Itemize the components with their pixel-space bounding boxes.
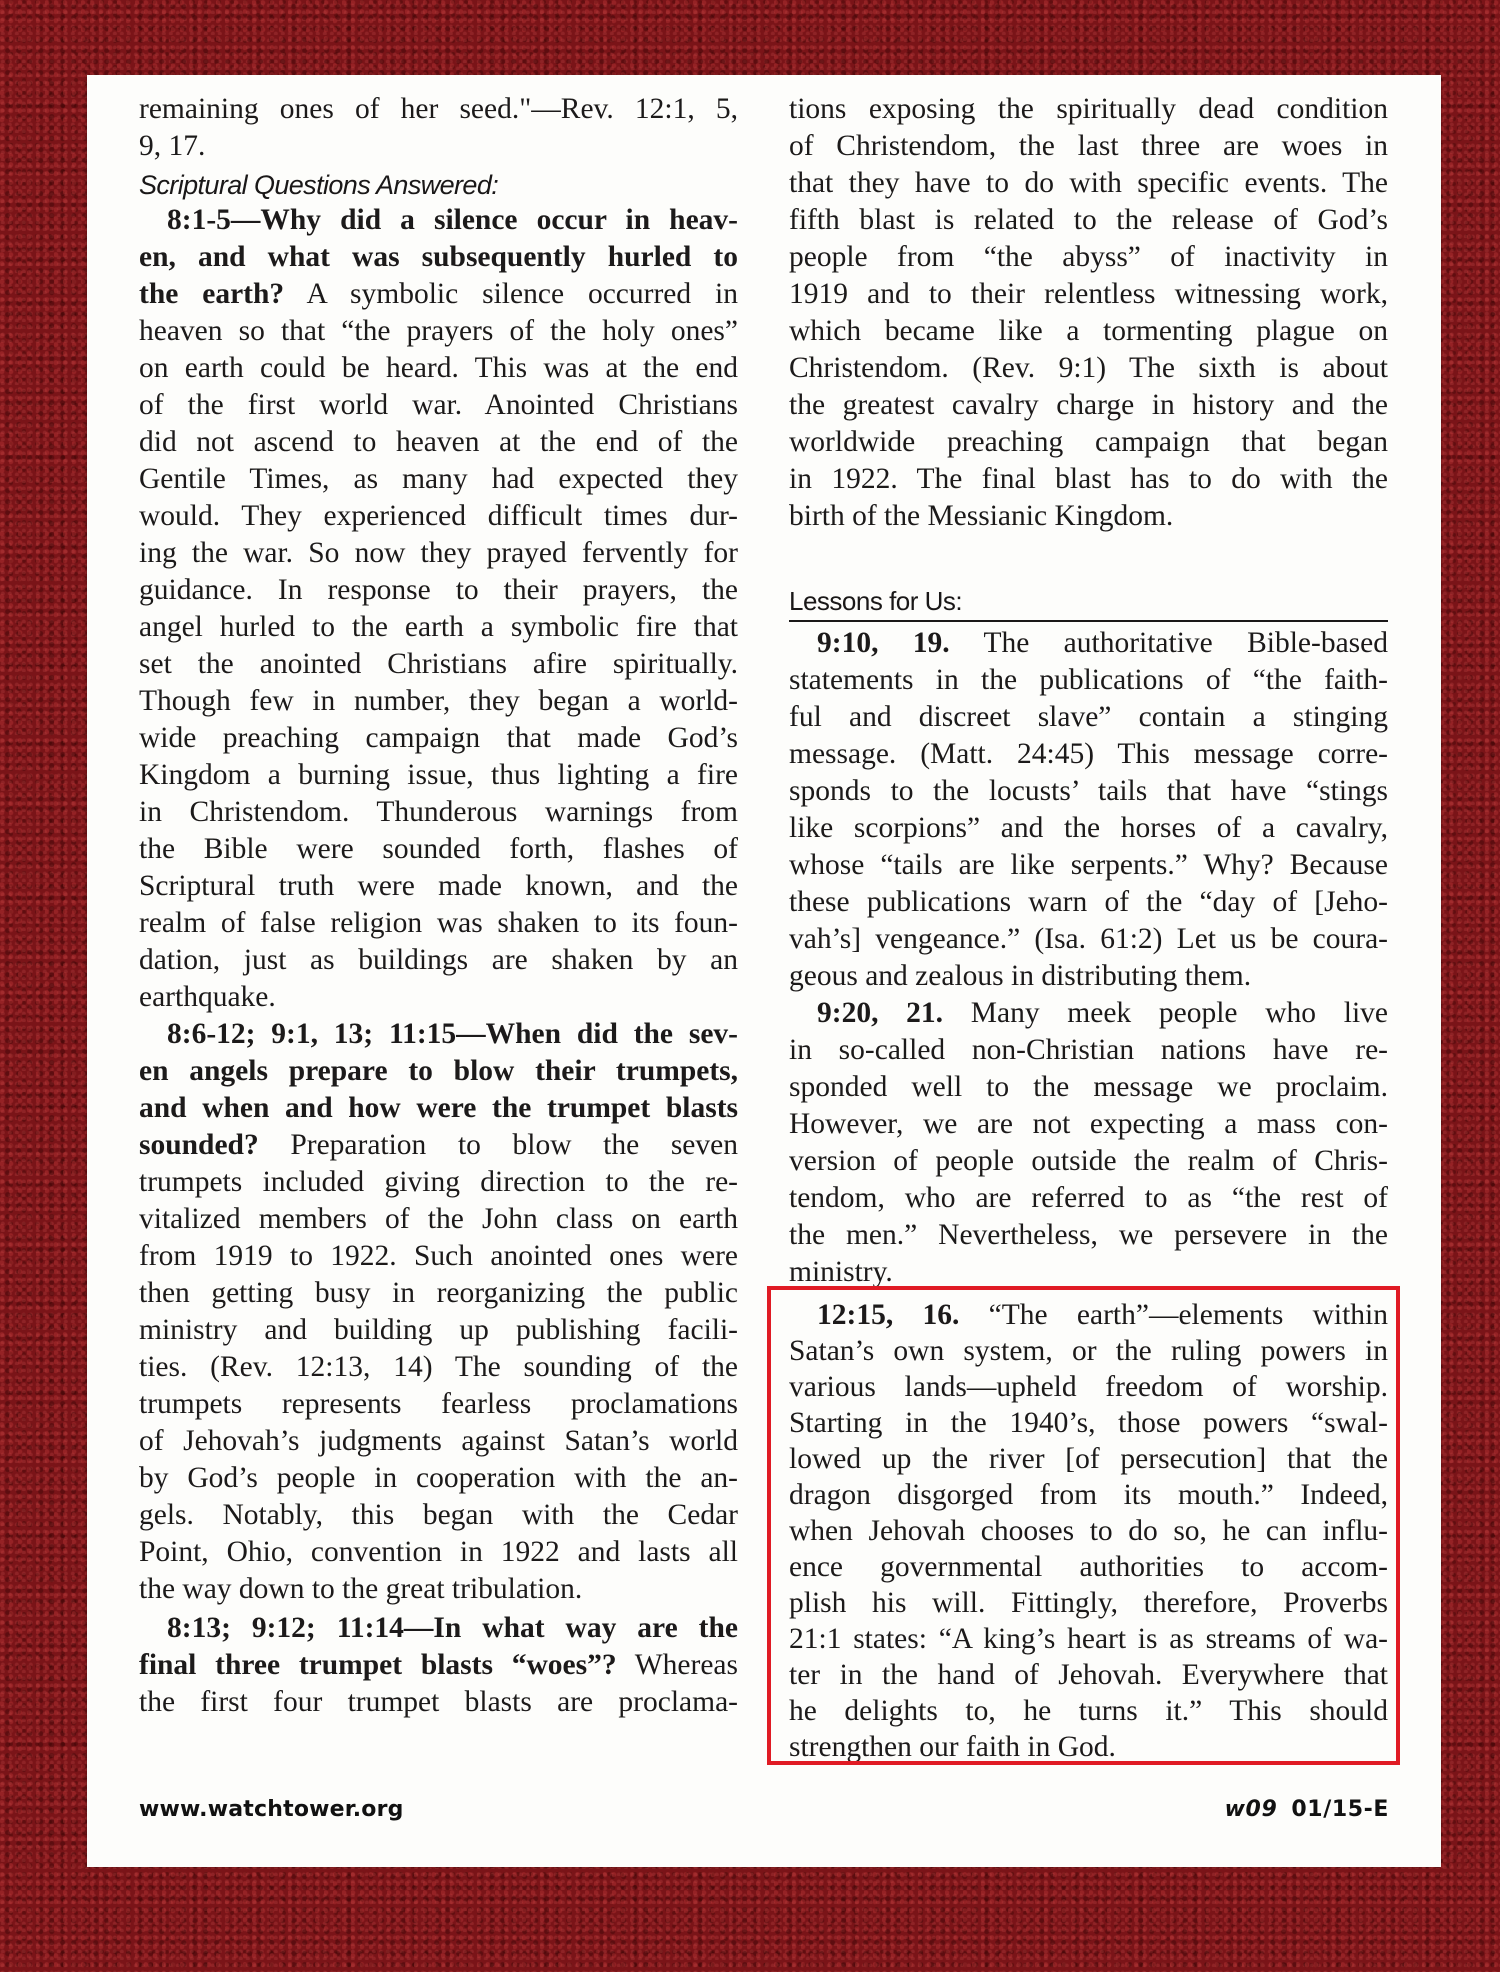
text-line: 9, 17. (139, 128, 738, 165)
text-line: geous and zealous in distributing them. (789, 958, 1388, 995)
text-line: Point, Ohio, convention in 1922 and last… (139, 1534, 738, 1571)
text-line: then getting busy in reorganizing the pu… (139, 1275, 738, 1312)
text-line: did not ascend to heaven at the end of t… (139, 424, 738, 461)
text-line: Gentile Times, as many had expected they (139, 461, 738, 498)
text-line: Kingdom a burning issue, thus lighting a… (139, 757, 738, 794)
text-line: birth of the Messianic Kingdom. (789, 498, 1388, 535)
question-answer-line: final three trumpet blasts “woes”? Where… (139, 1647, 738, 1684)
text-line: the greatest cavalry charge in history a… (789, 387, 1388, 424)
question-text: en angels prepare to blow their trumpets… (139, 1053, 738, 1090)
text-line: statements in the publications of “the f… (789, 662, 1388, 699)
question-text: the earth? (139, 278, 284, 310)
text-line: on earth could be heard. This was at the… (139, 350, 738, 387)
text-line: would. They experienced difficult times … (139, 498, 738, 535)
text-line: message. (Matt. 24:45) This message corr… (789, 736, 1388, 773)
text-line: guidance. In response to their prayers, … (139, 572, 738, 609)
text-line: However, we are not expecting a mass con… (789, 1106, 1388, 1143)
answer-text: Preparation to blow the seven (259, 1129, 738, 1161)
question-reference: 8:6-12; 9:1, 13; 11:15—When did the sev- (139, 1016, 738, 1053)
issue-code: w09 (1225, 1797, 1278, 1822)
lesson-reference: 9:20, 21. (817, 997, 943, 1029)
lesson-first-line: 9:10, 19. The authoritative Bible-based (789, 625, 1388, 662)
text-line: from 1919 to 1922. Such anointed ones we… (139, 1238, 738, 1275)
text-line: wide preaching campaign that made God’s (139, 720, 738, 757)
text-line: people from “the abyss” of inactivity in (789, 239, 1388, 276)
text-line: ful and discreet slave” contain a stingi… (789, 699, 1388, 736)
text-line: set the anointed Christians afire spirit… (139, 646, 738, 683)
text-line: tions exposing the spiritually dead cond… (789, 91, 1388, 128)
text-line: Christendom. (Rev. 9:1) The sixth is abo… (789, 350, 1388, 387)
question-reference: 8:13; 9:12; 11:14—In what way are the (139, 1610, 738, 1647)
question-answer-line: sounded? Preparation to blow the seven (139, 1127, 738, 1164)
text-line: Scriptural truth were made known, and th… (139, 868, 738, 905)
text-line: trumpets represents fearless proclamatio… (139, 1386, 738, 1423)
text-line: sponded well to the message we proclaim. (789, 1069, 1388, 1106)
issue-date: 01/15-E (1291, 1797, 1389, 1822)
text-line: vah’s] vengeance.” (Isa. 61:2) Let us be… (789, 921, 1388, 958)
footer-issue: w0901/15-E (1225, 1795, 1389, 1825)
text-line: vitalized members of the John class on e… (139, 1201, 738, 1238)
question-text: and when and how were the trumpet blasts (139, 1090, 738, 1127)
text-line: realm of false religion was shaken to it… (139, 905, 738, 942)
text-line: like scorpions” and the horses of a cava… (789, 810, 1388, 847)
text-line: of Jehovah’s judgments against Satan’s w… (139, 1423, 738, 1460)
text-line: that they have to do with specific event… (789, 165, 1388, 202)
text-line: which became like a tormenting plague on (789, 313, 1388, 350)
section-heading-scriptural-questions: Scriptural Questions Answered: (139, 167, 498, 204)
lesson-first-line: 9:20, 21. Many meek people who live (789, 995, 1388, 1032)
text-line: worldwide preaching campaign that began (789, 424, 1388, 461)
text-line: in so-called non-Christian nations have … (789, 1032, 1388, 1069)
lesson-text: Many meek people who live (943, 997, 1388, 1029)
text-line: by God’s people in cooperation with the … (139, 1460, 738, 1497)
text-line: ing the war. So now they prayed ferventl… (139, 535, 738, 572)
text-line: gels. Notably, this began with the Cedar (139, 1497, 738, 1534)
footer-website: www.watchtower.org (139, 1795, 404, 1825)
answer-text: Whereas (617, 1649, 738, 1681)
text-line: in Christendom. Thunderous warnings from (139, 794, 738, 831)
text-line: whose “tails are like serpents.” Why? Be… (789, 847, 1388, 884)
text-line: heaven so that “the prayers of the holy … (139, 313, 738, 350)
lesson-reference: 9:10, 19. (817, 627, 950, 659)
question-text: en, and what was subsequently hurled to (139, 239, 738, 276)
section-heading-lessons-for-us: Lessons for Us: (789, 583, 1388, 622)
text-line: ministry and building up publishing faci… (139, 1312, 738, 1349)
lesson-text: The authoritative Bible-based (950, 627, 1388, 659)
text-line: the first four trumpet blasts are procla… (139, 1684, 738, 1721)
answer-text: A symbolic silence occurred in (284, 278, 738, 310)
text-line: fifth blast is related to the release of… (789, 202, 1388, 239)
text-line: tendom, who are referred to as “the rest… (789, 1180, 1388, 1217)
text-line: of Christendom, the last three are woes … (789, 128, 1388, 165)
question-answer-line: the earth? A symbolic silence occurred i… (139, 276, 738, 313)
text-line: remaining ones of her seed."—Rev. 12:1, … (139, 91, 738, 128)
text-line: the men.” Nevertheless, we persevere in … (789, 1217, 1388, 1254)
text-line: the way down to the great tribulation. (139, 1571, 738, 1608)
highlight-box (767, 1286, 1400, 1765)
text-line: trumpets included giving direction to th… (139, 1164, 738, 1201)
question-text: sounded? (139, 1129, 259, 1161)
text-line: dation, just as buildings are shaken by … (139, 942, 738, 979)
text-line: earthquake. (139, 979, 738, 1016)
text-line: the Bible were sounded forth, flashes of (139, 831, 738, 868)
text-line: Though few in number, they began a world… (139, 683, 738, 720)
text-line: ties. (Rev. 12:13, 14) The sounding of t… (139, 1349, 738, 1386)
question-reference: 8:1-5—Why did a silence occur in heav- (139, 202, 738, 239)
text-line: of the first world war. Anointed Christi… (139, 387, 738, 424)
text-line: sponds to the locusts’ tails that have “… (789, 773, 1388, 810)
question-text: final three trumpet blasts “woes”? (139, 1649, 617, 1681)
document-page: remaining ones of her seed."—Rev. 12:1, … (87, 75, 1441, 1867)
text-line: in 1922. The final blast has to do with … (789, 461, 1388, 498)
text-line: these publications warn of the “day of [… (789, 884, 1388, 921)
text-line: angel hurled to the earth a symbolic fir… (139, 609, 738, 646)
text-line: 1919 and to their relentless witnessing … (789, 276, 1388, 313)
text-line: version of people outside the realm of C… (789, 1143, 1388, 1180)
